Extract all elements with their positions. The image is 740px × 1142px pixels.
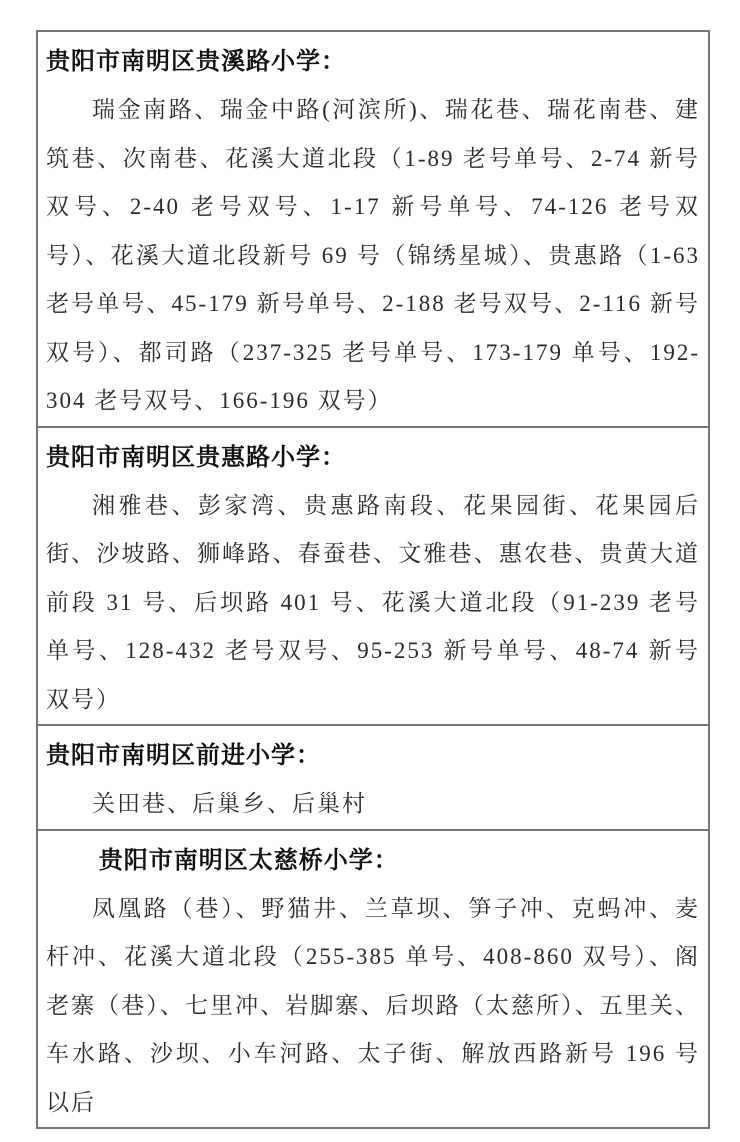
street-list: 瑞金南路、瑞金中路(河滨所)、瑞花巷、瑞花南巷、建筑巷、次南巷、花溪大道北段（1… <box>46 86 700 426</box>
street-list: 湘雅巷、彭家湾、贵惠路南段、花果园街、花果园后街、沙坡路、狮峰路、春蚕巷、文雅巷… <box>46 482 700 725</box>
school-title: 贵阳市南明区太慈桥小学： <box>46 837 700 885</box>
street-list: 关田巷、后巢乡、后巢村 <box>46 780 700 829</box>
school-section-guihui-road: 贵阳市南明区贵惠路小学： 湘雅巷、彭家湾、贵惠路南段、花果园街、花果园后街、沙坡… <box>38 428 708 727</box>
school-title: 贵阳市南明区贵惠路小学： <box>46 434 700 482</box>
school-section-qianjin: 贵阳市南明区前进小学： 关田巷、后巢乡、后巢村 <box>38 726 708 831</box>
school-title: 贵阳市南明区前进小学： <box>46 732 700 780</box>
school-section-guixi-road: 贵阳市南明区贵溪路小学： 瑞金南路、瑞金中路(河滨所)、瑞花巷、瑞花南巷、建筑巷… <box>38 32 708 428</box>
school-title: 贵阳市南明区贵溪路小学： <box>46 38 700 86</box>
school-district-table: 贵阳市南明区贵溪路小学： 瑞金南路、瑞金中路(河滨所)、瑞花巷、瑞花南巷、建筑巷… <box>36 30 710 1129</box>
street-list: 凤凰路（巷）、野猫井、兰草坝、笋子冲、克蚂冲、麦杆冲、花溪大道北段（255-38… <box>46 885 700 1128</box>
school-section-taiciqiao: 贵阳市南明区太慈桥小学： 凤凰路（巷）、野猫井、兰草坝、笋子冲、克蚂冲、麦杆冲、… <box>38 831 708 1128</box>
document-page: 贵阳市南明区贵溪路小学： 瑞金南路、瑞金中路(河滨所)、瑞花巷、瑞花南巷、建筑巷… <box>0 0 740 1142</box>
